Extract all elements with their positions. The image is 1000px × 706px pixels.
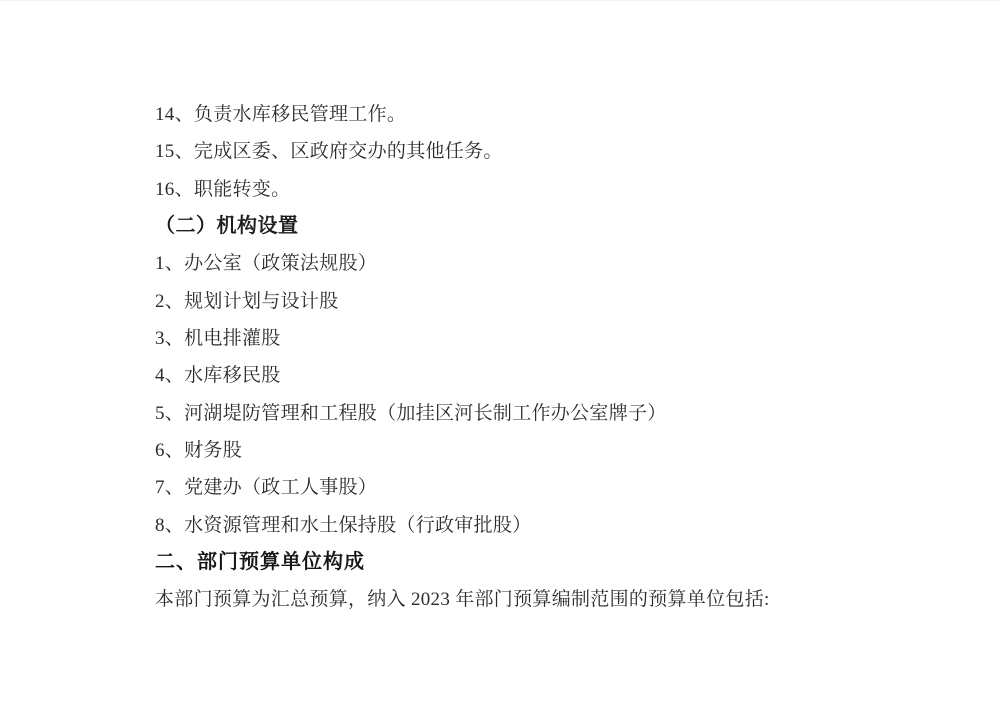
body-line-16: 16、职能转变。 — [155, 171, 860, 208]
list-item-6: 6、财务股 — [155, 432, 860, 469]
list-item-1: 1、办公室（政策法规股） — [155, 245, 860, 282]
body-line-14: 14、负责水库移民管理工作。 — [155, 96, 860, 133]
list-item-4: 4、水库移民股 — [155, 357, 860, 394]
list-item-7: 7、党建办（政工人事股） — [155, 469, 860, 506]
list-item-3: 3、机电排灌股 — [155, 320, 860, 357]
document-page: 14、负责水库移民管理工作。 15、完成区委、区政府交办的其他任务。 16、职能… — [0, 0, 1000, 706]
list-item-2: 2、规划计划与设计股 — [155, 283, 860, 320]
list-item-5: 5、河湖堤防管理和工程股（加挂区河长制工作办公室牌子） — [155, 395, 860, 432]
list-item-8: 8、水资源管理和水土保持股（行政审批股） — [155, 507, 860, 544]
body-line-15: 15、完成区委、区政府交办的其他任务。 — [155, 133, 860, 170]
body-line-budget-summary: 本部门预算为汇总预算，纳入 2023 年部门预算编制范围的预算单位包括: — [155, 581, 860, 618]
subsection-heading-organization-setup: （二）机构设置 — [155, 208, 860, 245]
section-heading-budget-unit-composition: 二、部门预算单位构成 — [155, 544, 860, 581]
